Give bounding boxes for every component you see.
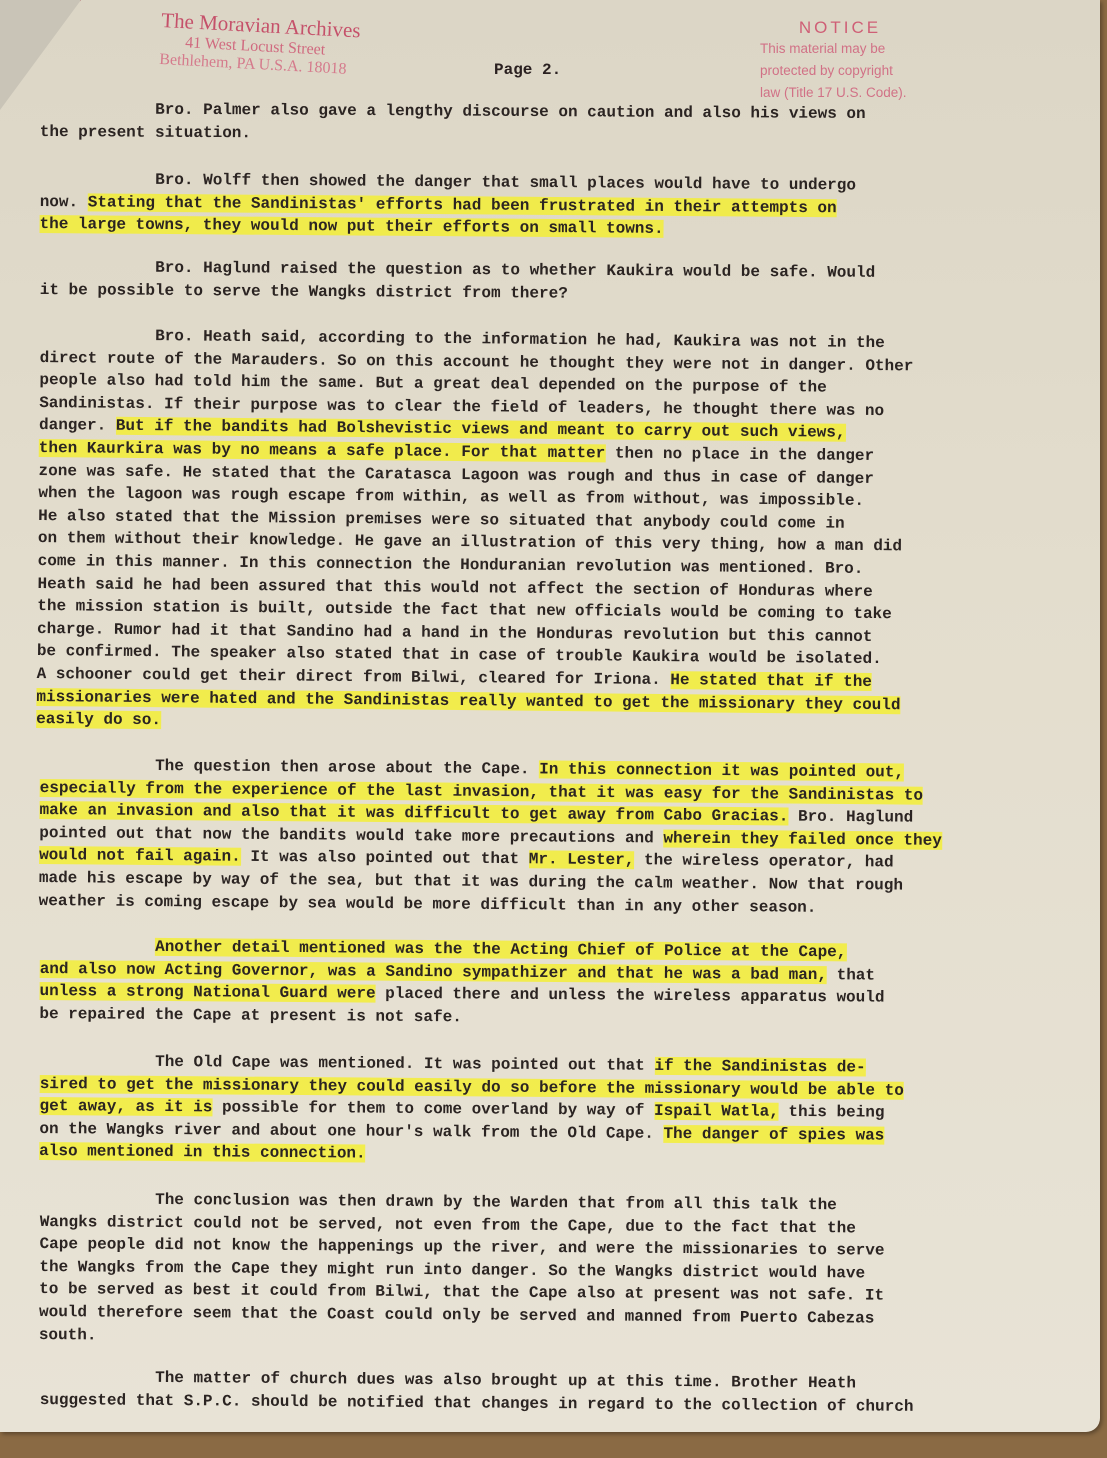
text-segment: would therefore seem that the Coast coul… (39, 1303, 874, 1328)
text-segment: Bro. Wolff then showed the danger that s… (40, 170, 856, 194)
document-page: The Moravian Archives 41 West Locust Str… (0, 0, 1100, 1432)
text-segment: be repaired the Cape at present is not s… (39, 1005, 462, 1026)
text-segment: placed there and unless the wireless app… (376, 985, 885, 1007)
folded-corner (0, 0, 81, 110)
text-segment: Bro. Haglund raised the question as to w… (40, 258, 875, 282)
text-segment: Bro. Haglund (788, 808, 913, 827)
paragraph: Bro. Heath said, according to the inform… (36, 324, 1065, 741)
text-segment: south. (39, 1326, 97, 1344)
notice-line: protected by copyright (760, 60, 930, 82)
text-segment: it be possible to serve the Wangks distr… (40, 281, 568, 303)
text-segment (40, 937, 155, 956)
highlighted-text: wherein they failed once they (663, 829, 942, 849)
text-segment: possible for them to come overland by wa… (212, 1099, 654, 1120)
highlighted-text: The danger of spies was (663, 1125, 884, 1145)
highlighted-text: easily do so. (36, 710, 161, 729)
text-segment: the present situation. (40, 123, 251, 142)
text-segment: The question then arose about the Cape. (40, 756, 539, 778)
paragraph: The matter of church dues was also broug… (40, 1366, 1065, 1419)
text-segment: danger. (39, 416, 116, 435)
text-segment: The conclusion was then drawn by the War… (40, 1190, 837, 1214)
text-segment: The matter of church dues was also broug… (40, 1368, 856, 1392)
highlighted-text: get away, as it is (39, 1097, 212, 1116)
text-segment: the wireless operator, had (634, 852, 893, 872)
paragraph: The question then arose about the Cape. … (39, 754, 1065, 921)
text-segment: The Old Cape was mentioned. It was point… (40, 1052, 655, 1075)
copyright-notice-stamp: NOTICE This material may be protected by… (760, 18, 930, 104)
highlighted-text: Mr. Lester, (529, 851, 635, 870)
highlighted-text: the large towns, they would now put thei… (39, 215, 663, 238)
highlighted-text: then Kaurkira was by no means a safe pla… (39, 439, 606, 462)
text-segment: suggested that S.P.C. should be notified… (40, 1391, 914, 1416)
text-segment: this being (779, 1103, 885, 1122)
text-segment: It was also pointed out that (241, 848, 529, 869)
text-segment: pointed out that now the bandits would t… (39, 824, 663, 847)
text-segment: that (827, 966, 875, 984)
archive-stamp: The Moravian Archives 41 West Locust Str… (159, 8, 361, 79)
paragraph: The Old Cape was mentioned. It was point… (39, 1050, 1065, 1171)
text-segment: now. (40, 193, 88, 211)
highlighted-text: if the Sandinistas de- (654, 1057, 865, 1077)
highlighted-text: Stating that the Sandinistas' efforts ha… (88, 193, 837, 217)
text-segment: on the Wangks river and about one hour's… (39, 1120, 663, 1143)
highlighted-text: Ispail Watla, (654, 1102, 779, 1121)
paragraph: Bro. Wolff then showed the danger that s… (39, 168, 1065, 244)
paragraph: Bro. Haglund raised the question as to w… (40, 256, 1065, 308)
paragraph: Another detail mentioned was the the Act… (39, 935, 1065, 1033)
text-segment: Bro. Palmer also gave a lengthy discours… (40, 100, 866, 123)
highlighted-text: He stated that if the (670, 671, 872, 691)
paragraph: The conclusion was then drawn by the War… (39, 1188, 1065, 1354)
notice-line: law (Title 17 U.S. Code). (760, 82, 930, 104)
highlighted-text: In this connection it was pointed out, (539, 760, 904, 781)
text-segment: then no place in the danger (605, 444, 874, 465)
highlighted-text: Another detail mentioned was the the Act… (155, 938, 846, 961)
highlighted-text: would not fail again. (39, 846, 241, 866)
text-segment: A schooner could get their direct from B… (37, 665, 671, 689)
highlighted-text: also mentioned in this connection. (39, 1142, 366, 1163)
paragraph: Bro. Palmer also gave a lengthy discours… (40, 98, 1065, 149)
highlighted-text: unless a strong National Guard were (39, 982, 375, 1003)
notice-title: NOTICE (750, 18, 930, 38)
text-segment: weather is coming escape by sea would be… (39, 892, 817, 917)
page-number: Page 2. (494, 61, 561, 79)
notice-line: This material may be (760, 38, 930, 60)
